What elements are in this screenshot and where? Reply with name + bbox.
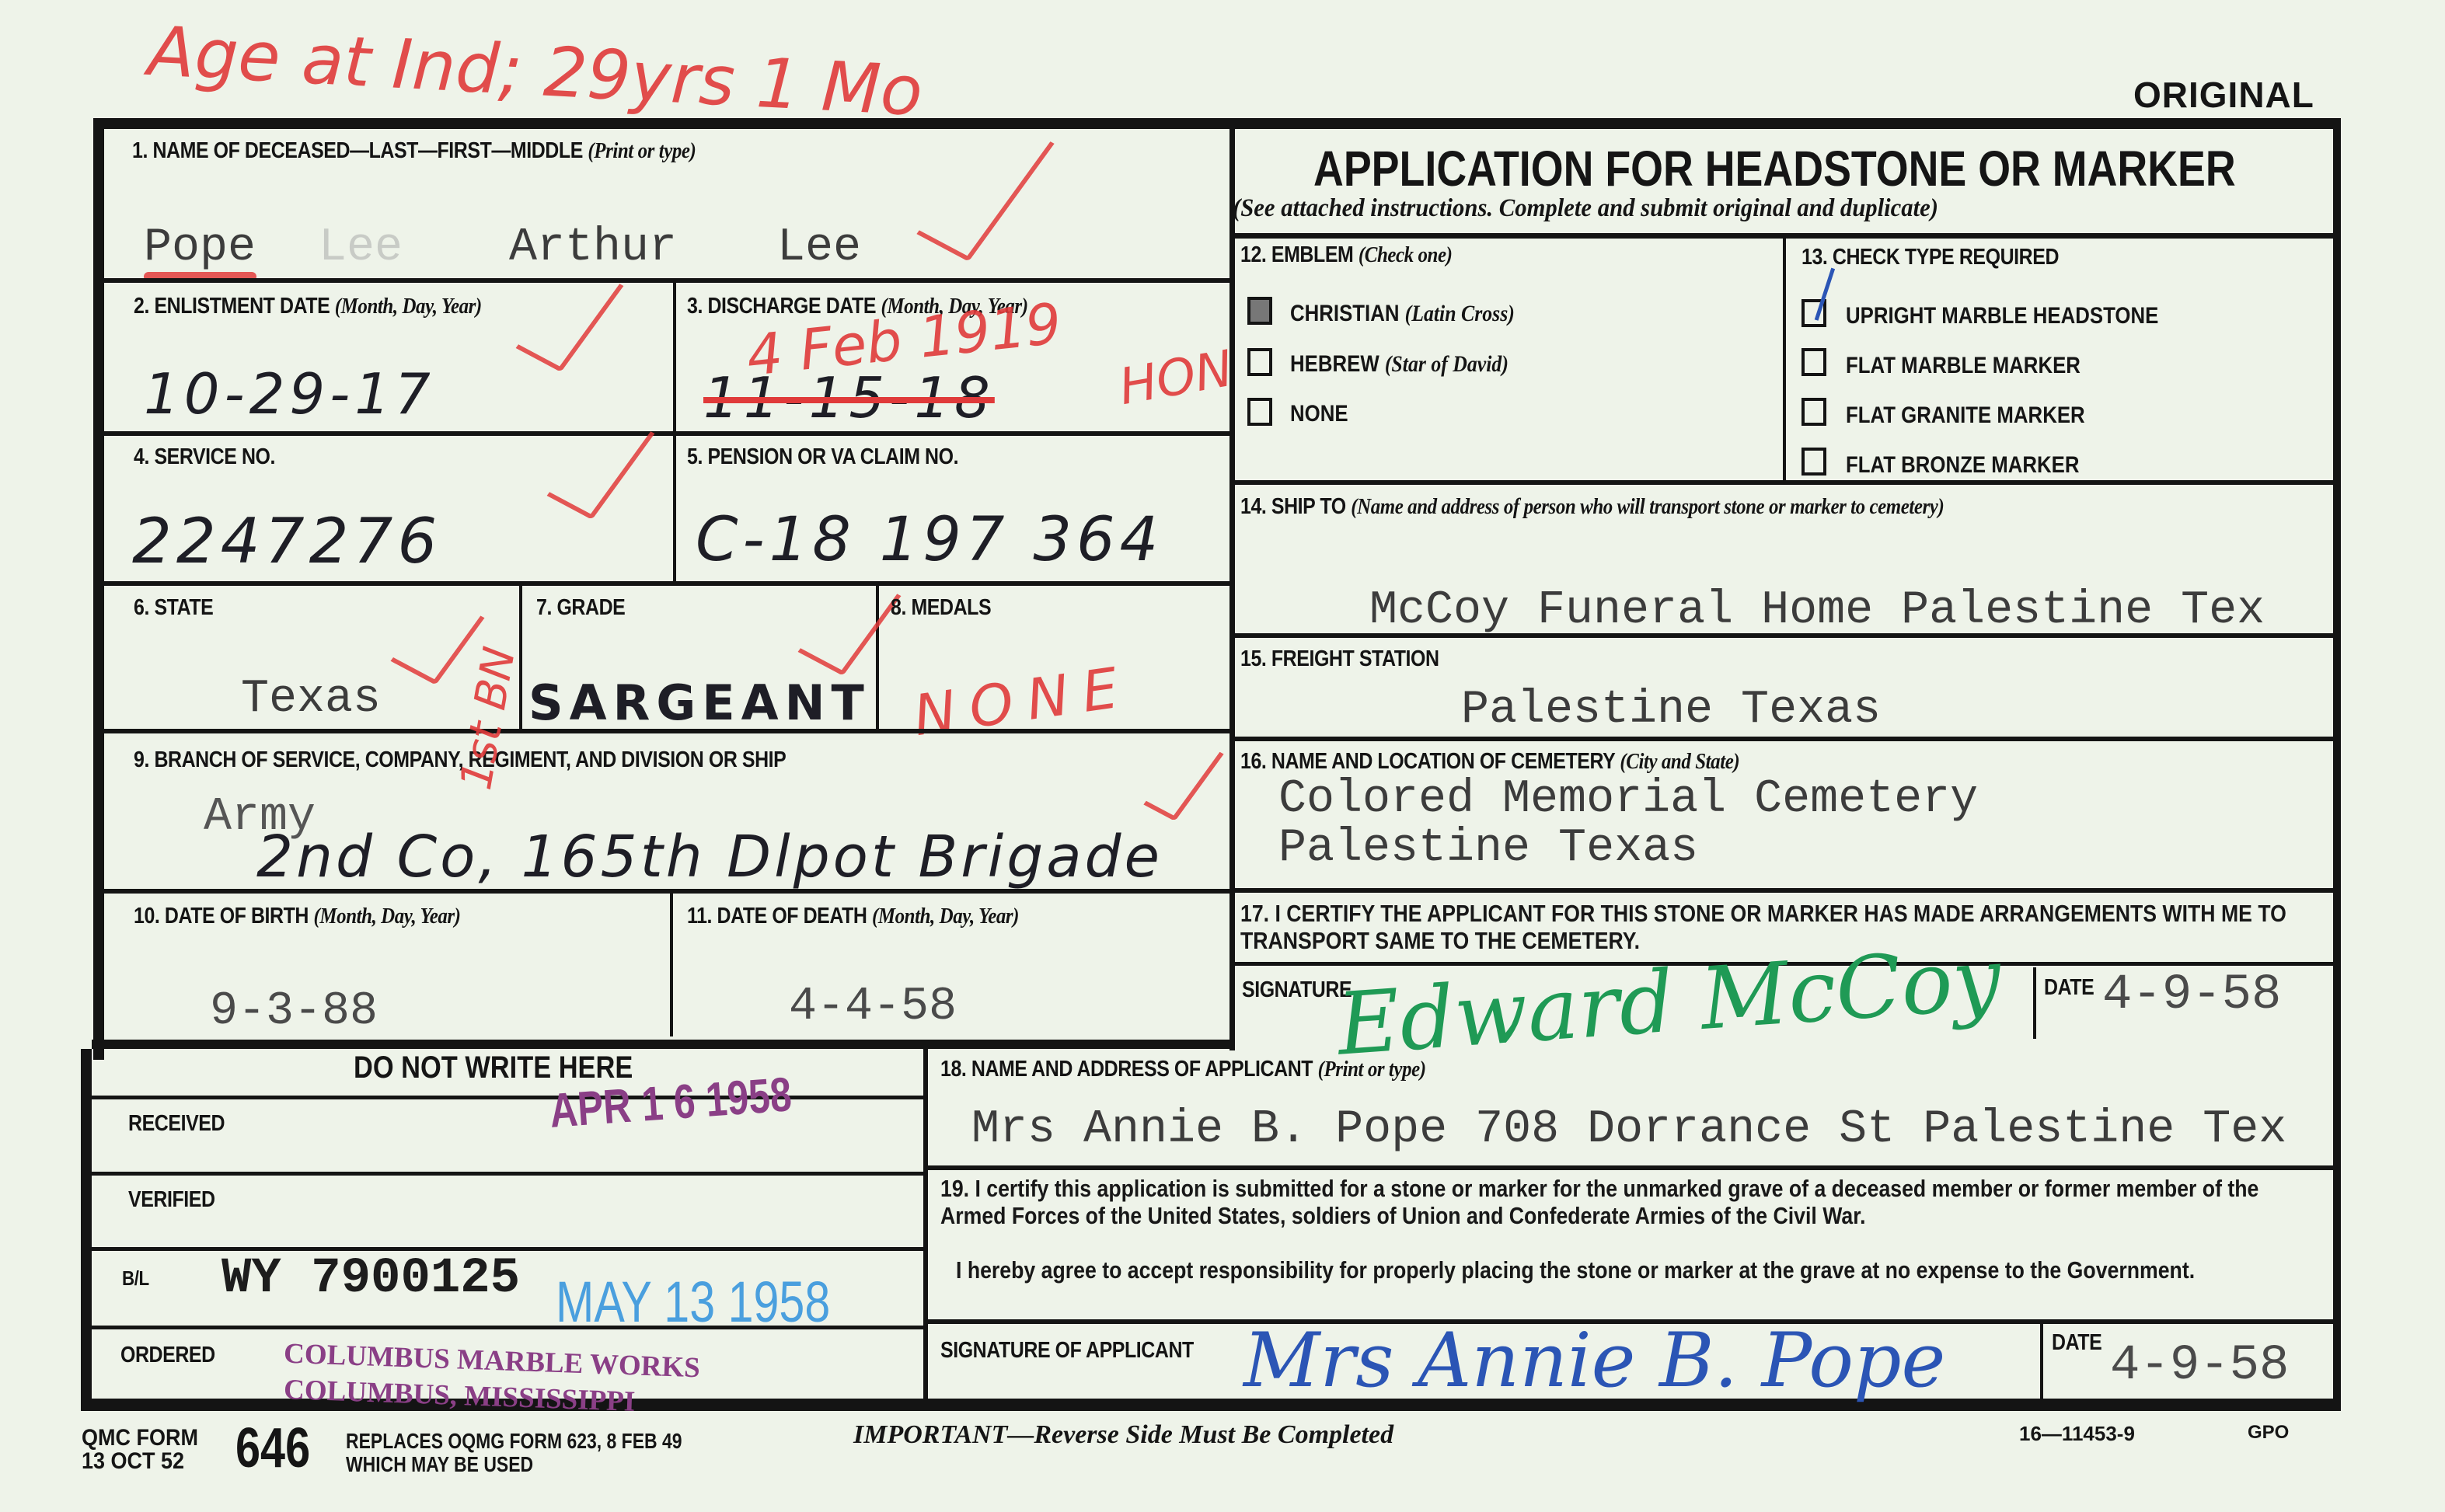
state-value[interactable]: Texas <box>241 673 381 726</box>
medals-label: 8. MEDALS <box>891 595 991 621</box>
emblem-hebrew-label: HEBREW (Star of David) <box>1290 351 1509 378</box>
red-check-icon <box>1143 737 1224 821</box>
name-first[interactable]: Arthur <box>509 221 677 274</box>
name-struck: Lee <box>319 221 403 274</box>
death-label: 11. DATE OF DEATH (Month, Day, Year) <box>687 904 1019 929</box>
divider <box>104 729 1233 733</box>
red-check-icon <box>797 572 901 676</box>
cemetery-label: 16. NAME AND LOCATION OF CEMETERY (City … <box>1240 749 1739 775</box>
name-label: 1. NAME OF DECEASED—LAST—FIRST—MIDDLE (P… <box>132 138 696 164</box>
bl-label: B/L <box>122 1266 149 1291</box>
frame-left-upper <box>93 118 104 1060</box>
frame-left-lower <box>81 1049 92 1411</box>
verified-label: VERIFIED <box>128 1187 215 1213</box>
replaces-note: REPLACES OQMG FORM 623, 8 FEB 49 WHICH M… <box>346 1430 682 1476</box>
frame-right <box>2333 118 2341 1411</box>
divider <box>92 1096 923 1099</box>
grade-label: 7. GRADE <box>536 595 625 621</box>
red-check-icon <box>916 116 1055 262</box>
claim-no-label: 5. PENSION OR VA CLAIM NO. <box>687 444 958 470</box>
state-label: 6. STATE <box>134 595 213 621</box>
form-title: APPLICATION FOR HEADSTONE OR MARKER <box>1313 140 2236 197</box>
column-divider <box>1229 129 1235 1050</box>
applicant-value[interactable]: Mrs Annie B. Pope 708 Dorrance St Palest… <box>971 1103 2286 1156</box>
type-flat-granite-checkbox[interactable] <box>1801 398 1826 426</box>
form-id: QMC FORM 13 OCT 52 <box>82 1427 198 1473</box>
emblem-none-label: NONE <box>1290 401 1348 427</box>
date19-label: DATE <box>2052 1330 2101 1356</box>
emblem-christian-label: CHRISTIAN (Latin Cross) <box>1290 301 1515 327</box>
birth-value[interactable]: 9-3-88 <box>210 985 378 1038</box>
copy-label: ORIGINAL <box>2133 74 2314 116</box>
divider <box>104 889 1233 894</box>
enlistment-label: 2. ENLISTMENT DATE (Month, Day, Year) <box>134 294 482 319</box>
type-label: 13. CHECK TYPE REQUIRED <box>1801 245 2059 270</box>
replaces-line1: REPLACES OQMG FORM 623, 8 FEB 49 <box>346 1430 682 1453</box>
print-code: 16—11453-9 <box>2019 1422 2135 1446</box>
type-flat-granite-label: FLAT GRANITE MARKER <box>1846 402 2085 429</box>
divider <box>1233 633 2335 638</box>
age-annotation: Age at Ind; 29yrs 1 Mo <box>146 11 925 131</box>
service-no-label: 4. SERVICE NO. <box>134 444 275 470</box>
important-note: IMPORTANT—Reverse Side Must Be Completed <box>853 1420 1393 1450</box>
divider <box>1783 237 1786 483</box>
form-id-line2: 13 OCT 52 <box>82 1450 198 1473</box>
divider <box>926 1165 2335 1170</box>
death-value[interactable]: 4-4-58 <box>789 981 957 1033</box>
name-middle[interactable]: Lee <box>777 221 861 274</box>
frame-top <box>93 118 2339 129</box>
divider <box>1233 737 2335 741</box>
emblem-label: 12. EMBLEM (Check one) <box>1240 242 1453 268</box>
type-flat-marble-checkbox[interactable] <box>1801 348 1826 376</box>
type-flat-bronze-checkbox[interactable] <box>1801 448 1826 476</box>
date17-value[interactable]: 4-9-58 <box>2102 967 2281 1023</box>
ship-to-label: 14. SHIP TO (Name and address of person … <box>1240 494 1944 520</box>
divider <box>92 1172 923 1176</box>
claim-no-value[interactable]: C-18 197 364 <box>696 505 1163 575</box>
form-number: 646 <box>235 1420 310 1476</box>
medals-value[interactable]: NONE <box>910 653 1136 748</box>
divider <box>92 1326 923 1329</box>
enlistment-value[interactable]: 10-29-17 <box>144 361 435 427</box>
divider <box>923 1047 928 1402</box>
form-subtitle: (See attached instructions. Complete and… <box>1233 194 1938 223</box>
discharge-note: HON <box>1115 340 1237 416</box>
freight-value[interactable]: Palestine Texas <box>1461 684 1881 737</box>
replaces-line2: WHICH MAY BE USED <box>346 1453 682 1476</box>
certify19-para2: I hereby agree to accept responsibility … <box>956 1256 2313 1284</box>
divider <box>104 581 1233 586</box>
ship-to-value[interactable]: McCoy Funeral Home Palestine Tex <box>1369 584 2265 637</box>
divider <box>1233 480 2335 485</box>
birth-label: 10. DATE OF BIRTH (Month, Day, Year) <box>134 904 461 929</box>
emblem-christian-checkbox[interactable] <box>1247 297 1272 325</box>
branch-line2[interactable]: 2nd Co, 165th Dlpot Brigade <box>256 824 1163 890</box>
blue-check-icon <box>1797 262 1835 321</box>
signature19-label: SIGNATURE OF APPLICANT <box>940 1338 1194 1364</box>
signature19[interactable]: Mrs Annie B. Pope <box>1243 1317 1945 1404</box>
ordered-label: ORDERED <box>120 1343 215 1368</box>
divider <box>670 892 673 1036</box>
divider <box>104 278 1233 283</box>
form-id-line1: QMC FORM <box>82 1427 198 1450</box>
cemetery-line2[interactable]: Palestine Texas <box>1278 822 1698 875</box>
emblem-hebrew-checkbox[interactable] <box>1247 348 1272 376</box>
type-upright-label: UPRIGHT MARBLE HEADSTONE <box>1846 303 2158 329</box>
type-flat-bronze-label: FLAT BRONZE MARKER <box>1846 452 2080 479</box>
bl-value: WY 7900125 <box>221 1251 520 1307</box>
divider <box>104 431 1233 436</box>
gpo-mark: GPO <box>2248 1422 2289 1444</box>
red-check-icon <box>547 409 655 520</box>
grade-value[interactable]: SARGEANT <box>528 674 870 731</box>
received-label: RECEIVED <box>128 1111 225 1137</box>
date17-label: DATE <box>2044 975 2094 1001</box>
divider <box>2040 1322 2043 1400</box>
service-no-value[interactable]: 2247276 <box>132 505 441 577</box>
freight-label: 15. FREIGHT STATION <box>1240 646 1439 672</box>
cemetery-line1[interactable]: Colored Memorial Cemetery <box>1278 773 1978 826</box>
name-last[interactable]: Pope <box>144 221 256 274</box>
divider <box>1233 888 2335 893</box>
type-flat-marble-label: FLAT MARBLE MARKER <box>1846 353 2081 379</box>
applicant-label: 18. NAME AND ADDRESS OF APPLICANT (Print… <box>940 1057 1426 1082</box>
divider <box>2033 967 2036 1039</box>
certify19-para1: 19. I certify this application is submit… <box>940 1175 2311 1229</box>
divider <box>92 1040 1234 1049</box>
emblem-none-checkbox[interactable] <box>1247 398 1272 426</box>
date19-value[interactable]: 4-9-58 <box>2110 1338 2289 1394</box>
